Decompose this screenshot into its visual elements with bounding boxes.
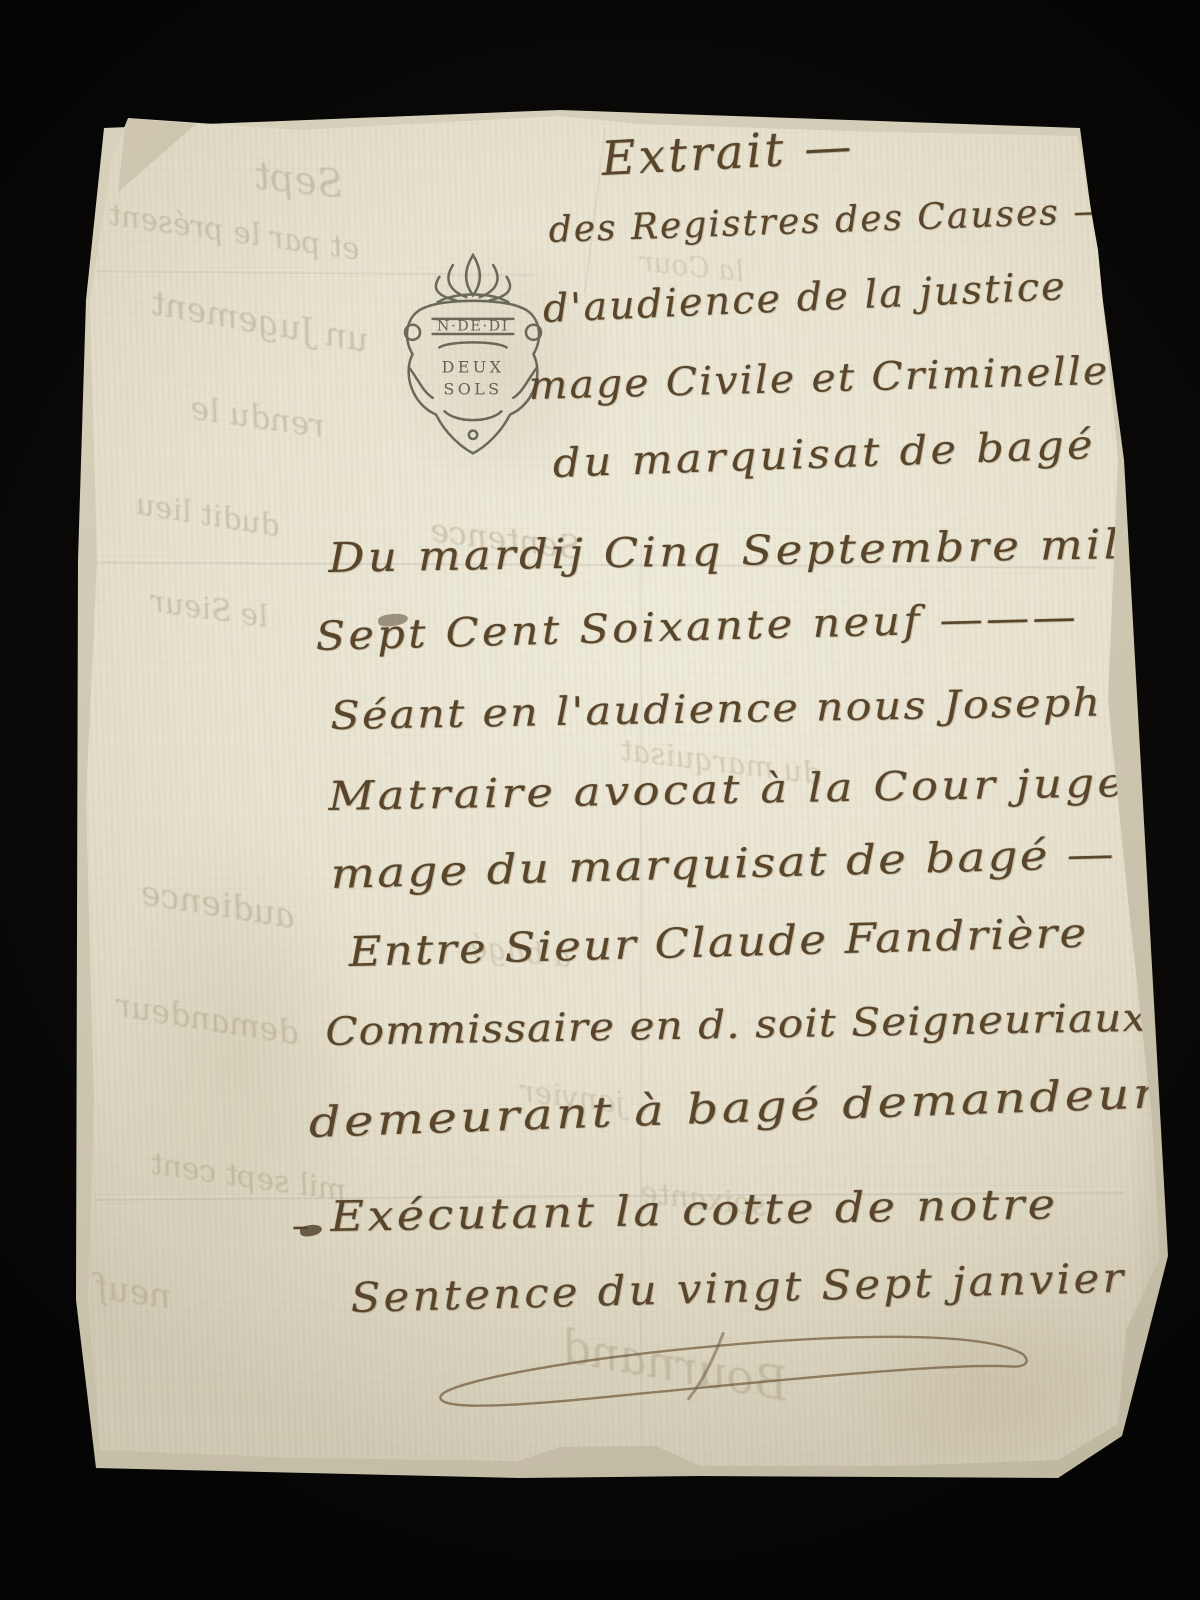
stamp-value-text: SOLS bbox=[444, 379, 503, 398]
stamp-band-text: N·DE·DI bbox=[437, 319, 509, 335]
fold-crease bbox=[638, 545, 642, 1460]
manuscript-sheet: Sept et par le présent un Jugement rendu… bbox=[0, 0, 1200, 1600]
photo-of-manuscript: Sept et par le présent un Jugement rendu… bbox=[0, 0, 1200, 1600]
stamp-value-text: DEUX bbox=[442, 358, 505, 377]
bleedthrough-text: Sept bbox=[253, 154, 345, 207]
margin-tick-mark: – bbox=[292, 1206, 309, 1246]
fiscal-tax-stamp-icon: N·DE·DI DEUX SOLS bbox=[388, 250, 558, 460]
